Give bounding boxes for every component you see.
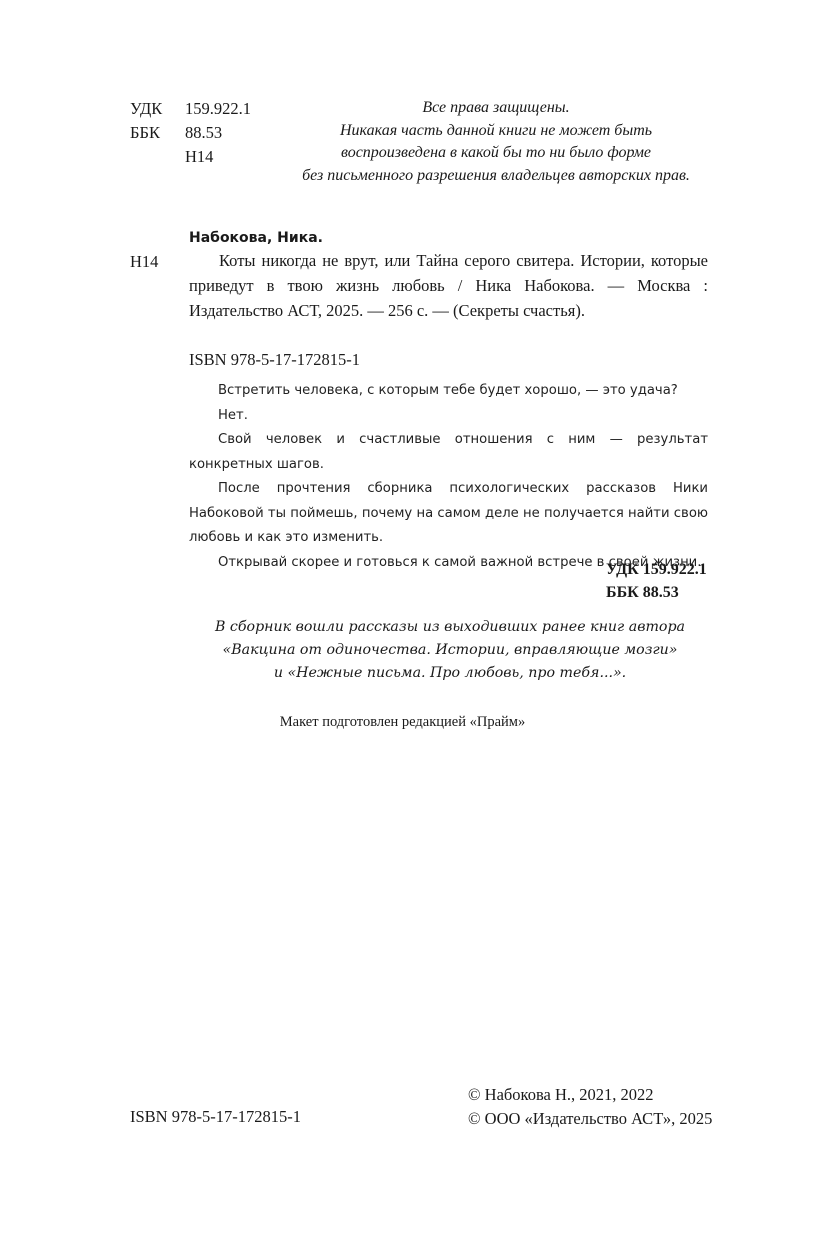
collection-line: и «Нежные письма. Про любовь, про тебя..… <box>190 662 710 685</box>
bbk-code: ББК 88.53 <box>606 581 707 604</box>
code-label <box>130 145 185 169</box>
rights-line: Все права защищены. <box>280 97 712 120</box>
classification-codes: УДК 159.922.1 ББК 88.53 Н14 <box>130 97 251 169</box>
rights-line: воспроизведена в какой бы то ни было фор… <box>280 142 712 165</box>
author-mark: Н14 <box>130 252 158 272</box>
copyright-line: © ООО «Издательство АСТ», 2025 <box>468 1107 712 1131</box>
annotation-paragraph: Встретить человека, с которым тебе будет… <box>189 379 708 404</box>
isbn-footer: ISBN 978-5-17-172815-1 <box>130 1107 301 1127</box>
collection-note: В сборник вошли рассказы из выходивших р… <box>190 616 710 685</box>
rights-line: без письменного разрешения владельцев ав… <box>280 165 712 188</box>
layout-credit: Макет подготовлен редакцией «Прайм» <box>190 714 710 731</box>
code-label: УДК <box>130 97 185 121</box>
code-value: Н14 <box>185 145 213 169</box>
author-mark-row: Н14 <box>130 145 251 169</box>
code-value: 88.53 <box>185 121 222 145</box>
udk-code: УДК 159.922.1 <box>606 558 707 581</box>
annotation-paragraph: Нет. <box>189 404 708 429</box>
bbk-row: ББК 88.53 <box>130 121 251 145</box>
classification-block: УДК 159.922.1 ББК 88.53 <box>606 558 707 604</box>
isbn-record: ISBN 978-5-17-172815-1 <box>189 350 360 370</box>
rights-line: Никакая часть данной книги не может быть <box>280 120 712 143</box>
udk-row: УДК 159.922.1 <box>130 97 251 121</box>
collection-line: В сборник вошли рассказы из выходивших р… <box>190 616 710 639</box>
copyright-block: © Набокова Н., 2021, 2022 © ООО «Издател… <box>468 1083 712 1131</box>
author-heading: Набокова, Ника. <box>189 230 323 246</box>
collection-line: «Вакцина от одиночества. Истории, вправл… <box>190 639 710 662</box>
copyright-line: © Набокова Н., 2021, 2022 <box>468 1083 712 1107</box>
bibliographic-description: Коты никогда не врут, или Тайна серого с… <box>189 248 708 323</box>
rights-notice: Все права защищены. Никакая часть данной… <box>280 97 712 187</box>
code-value: 159.922.1 <box>185 97 251 121</box>
code-label: ББК <box>130 121 185 145</box>
annotation-paragraph: Свой человек и счастливые отношения с ни… <box>189 428 708 477</box>
annotation: Встретить человека, с которым тебе будет… <box>189 379 708 575</box>
annotation-paragraph: После прочтения сборника психологических… <box>189 477 708 551</box>
